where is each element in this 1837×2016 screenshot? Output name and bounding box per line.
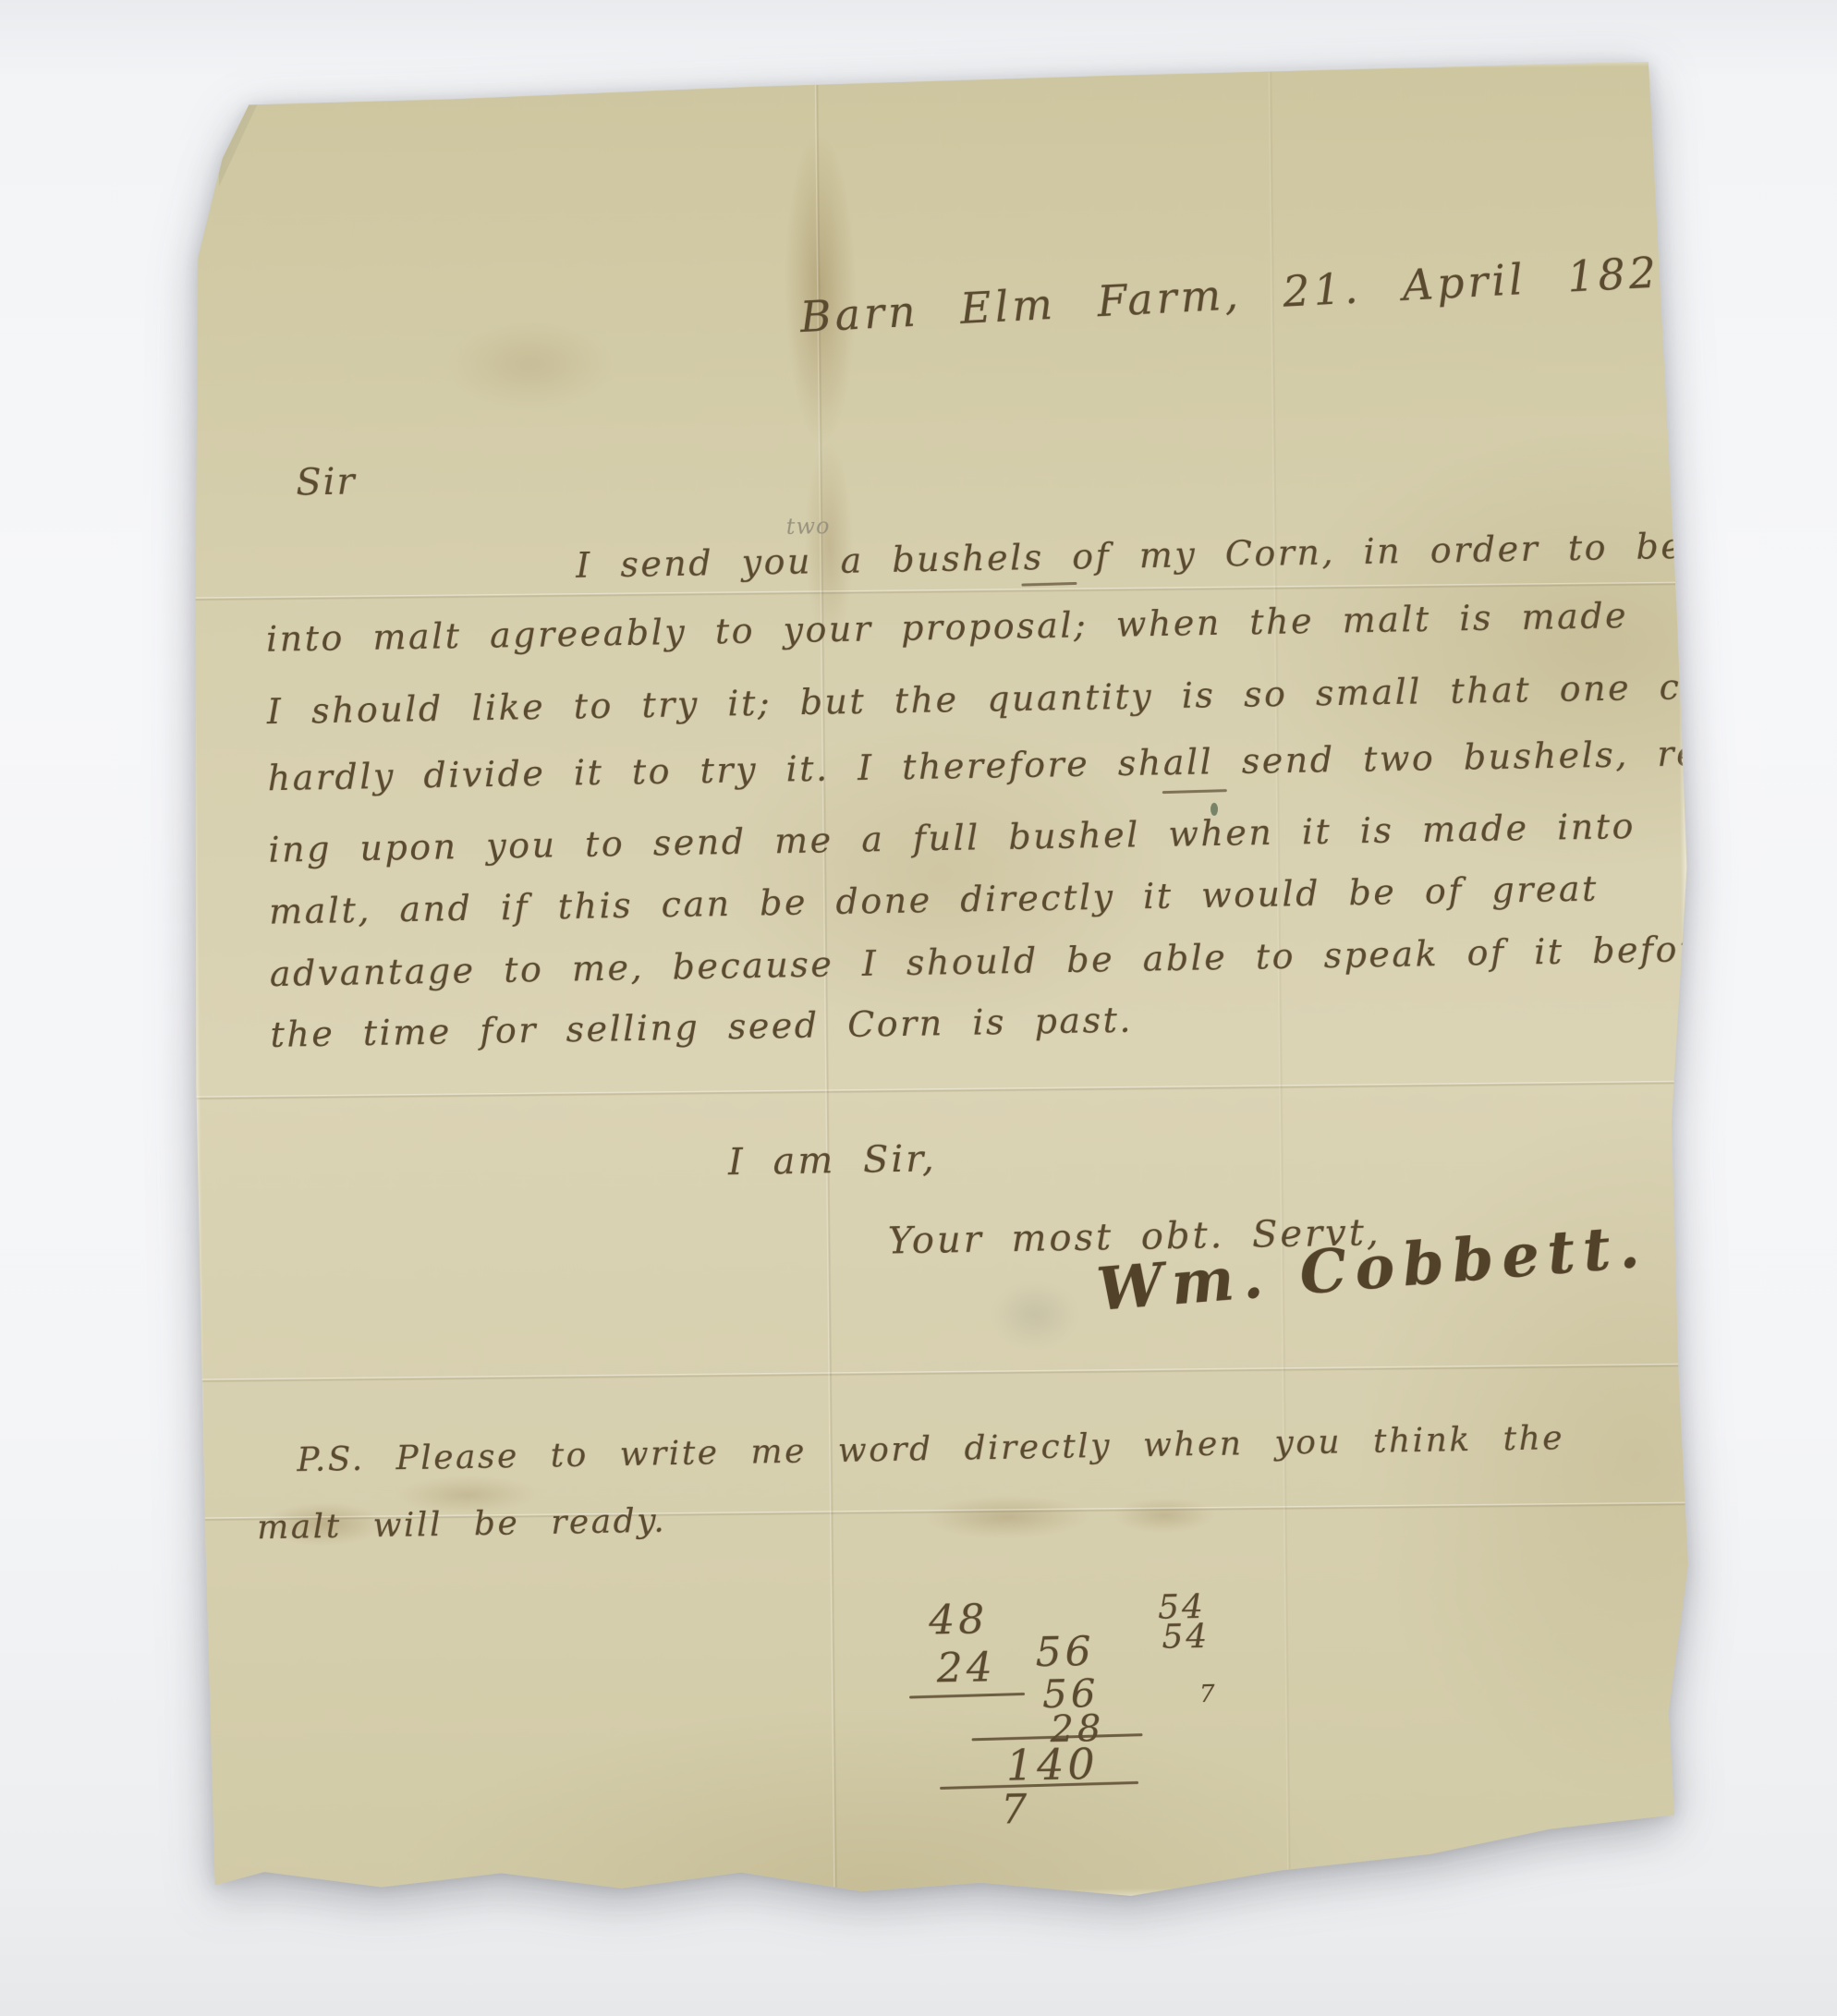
closing-line-1: I am Sir,: [728, 1137, 937, 1184]
postscript-line-1: P.S. Please to write me word directly wh…: [297, 1419, 1564, 1479]
dateline: Barn Elm Farm, 21. April 1829.: [798, 245, 1709, 342]
underline-two: [1162, 789, 1227, 794]
body-line: hardly divide it to try it. I therefore …: [267, 735, 1749, 795]
body-line: I should like to try it; but the quantit…: [267, 669, 1730, 730]
arith-mid-56a: 56: [1035, 1628, 1095, 1676]
body-line: advantage to me, because I should be abl…: [270, 931, 1721, 991]
body-line: the time for selling seed Corn is past.: [270, 1002, 1133, 1052]
arith-right-54b: 54: [1162, 1618, 1210, 1657]
dog-ear-fold: [218, 102, 260, 187]
salutation: Sir: [296, 460, 357, 504]
body-line: I send you a bushels of my Corn, in orde…: [576, 526, 1819, 582]
postscript-line-2: malt will be ready.: [257, 1502, 667, 1548]
arith-left-48: 48: [929, 1596, 989, 1644]
body-line: into malt agreeably to your proposal; wh…: [266, 598, 1629, 657]
arith-right-mark: 7: [1199, 1681, 1215, 1708]
arith-mid-7: 7: [1001, 1786, 1031, 1834]
body-line: ing upon you to send me a full bushel wh…: [268, 808, 1636, 868]
letter-paper: Barn Elm Farm, 21. April 1829. Sir two I…: [183, 59, 1701, 1912]
arith-rule: [909, 1693, 1025, 1698]
pencil-insertion: two: [786, 513, 831, 540]
photo-background: Barn Elm Farm, 21. April 1829. Sir two I…: [0, 0, 1837, 2016]
ink-speck: [1210, 803, 1218, 816]
horizontal-crease: [193, 1081, 1692, 1100]
arith-left-24: 24: [936, 1644, 996, 1692]
paper-shadow: Barn Elm Farm, 21. April 1829. Sir two I…: [183, 59, 1701, 1912]
body-line: malt, and if this can be done directly i…: [269, 871, 1599, 929]
horizontal-crease: [196, 1363, 1695, 1382]
vertical-crease: [1269, 63, 1292, 1900]
vertical-crease: [815, 67, 838, 1904]
underline-my: [1021, 582, 1077, 587]
